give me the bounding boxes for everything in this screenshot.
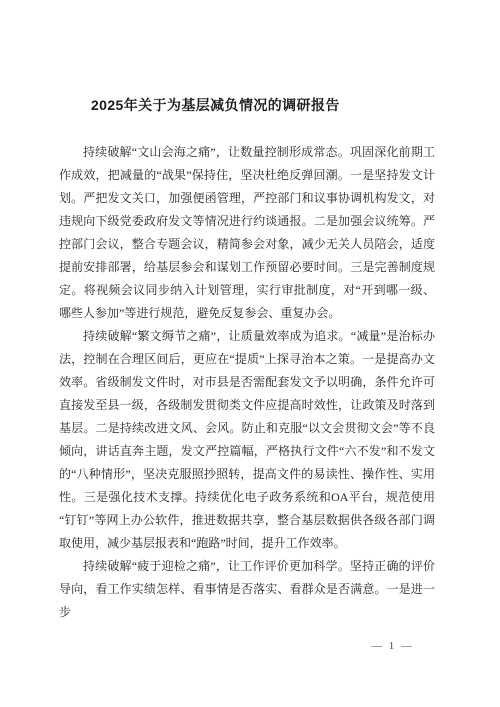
document-body: 持续破解“文山会海之痛”，让数量控制形成常态。巩固深化前期工作成效，把减量的“战… <box>59 141 435 624</box>
paragraph-2: 持续破解“繁文缛节之痛”，让质量效率成为追求。“减量”是治标办法，控制在合理区间… <box>59 325 435 555</box>
paragraph-1: 持续破解“文山会海之痛”，让数量控制形成常态。巩固深化前期工作成效，把减量的“战… <box>59 141 435 325</box>
document-page: 2025年关于为基层减负情况的调研报告 持续破解“文山会海之痛”，让数量控制形成… <box>0 0 500 707</box>
page-number: — 1 — <box>371 640 414 652</box>
paragraph-3: 持续破解“疲于迎检之痛”，让工作评价更加科学。坚持正确的评价导向，看工作实绩怎样… <box>59 555 435 624</box>
document-title: 2025年关于为基层减负情况的调研报告 <box>91 95 340 115</box>
